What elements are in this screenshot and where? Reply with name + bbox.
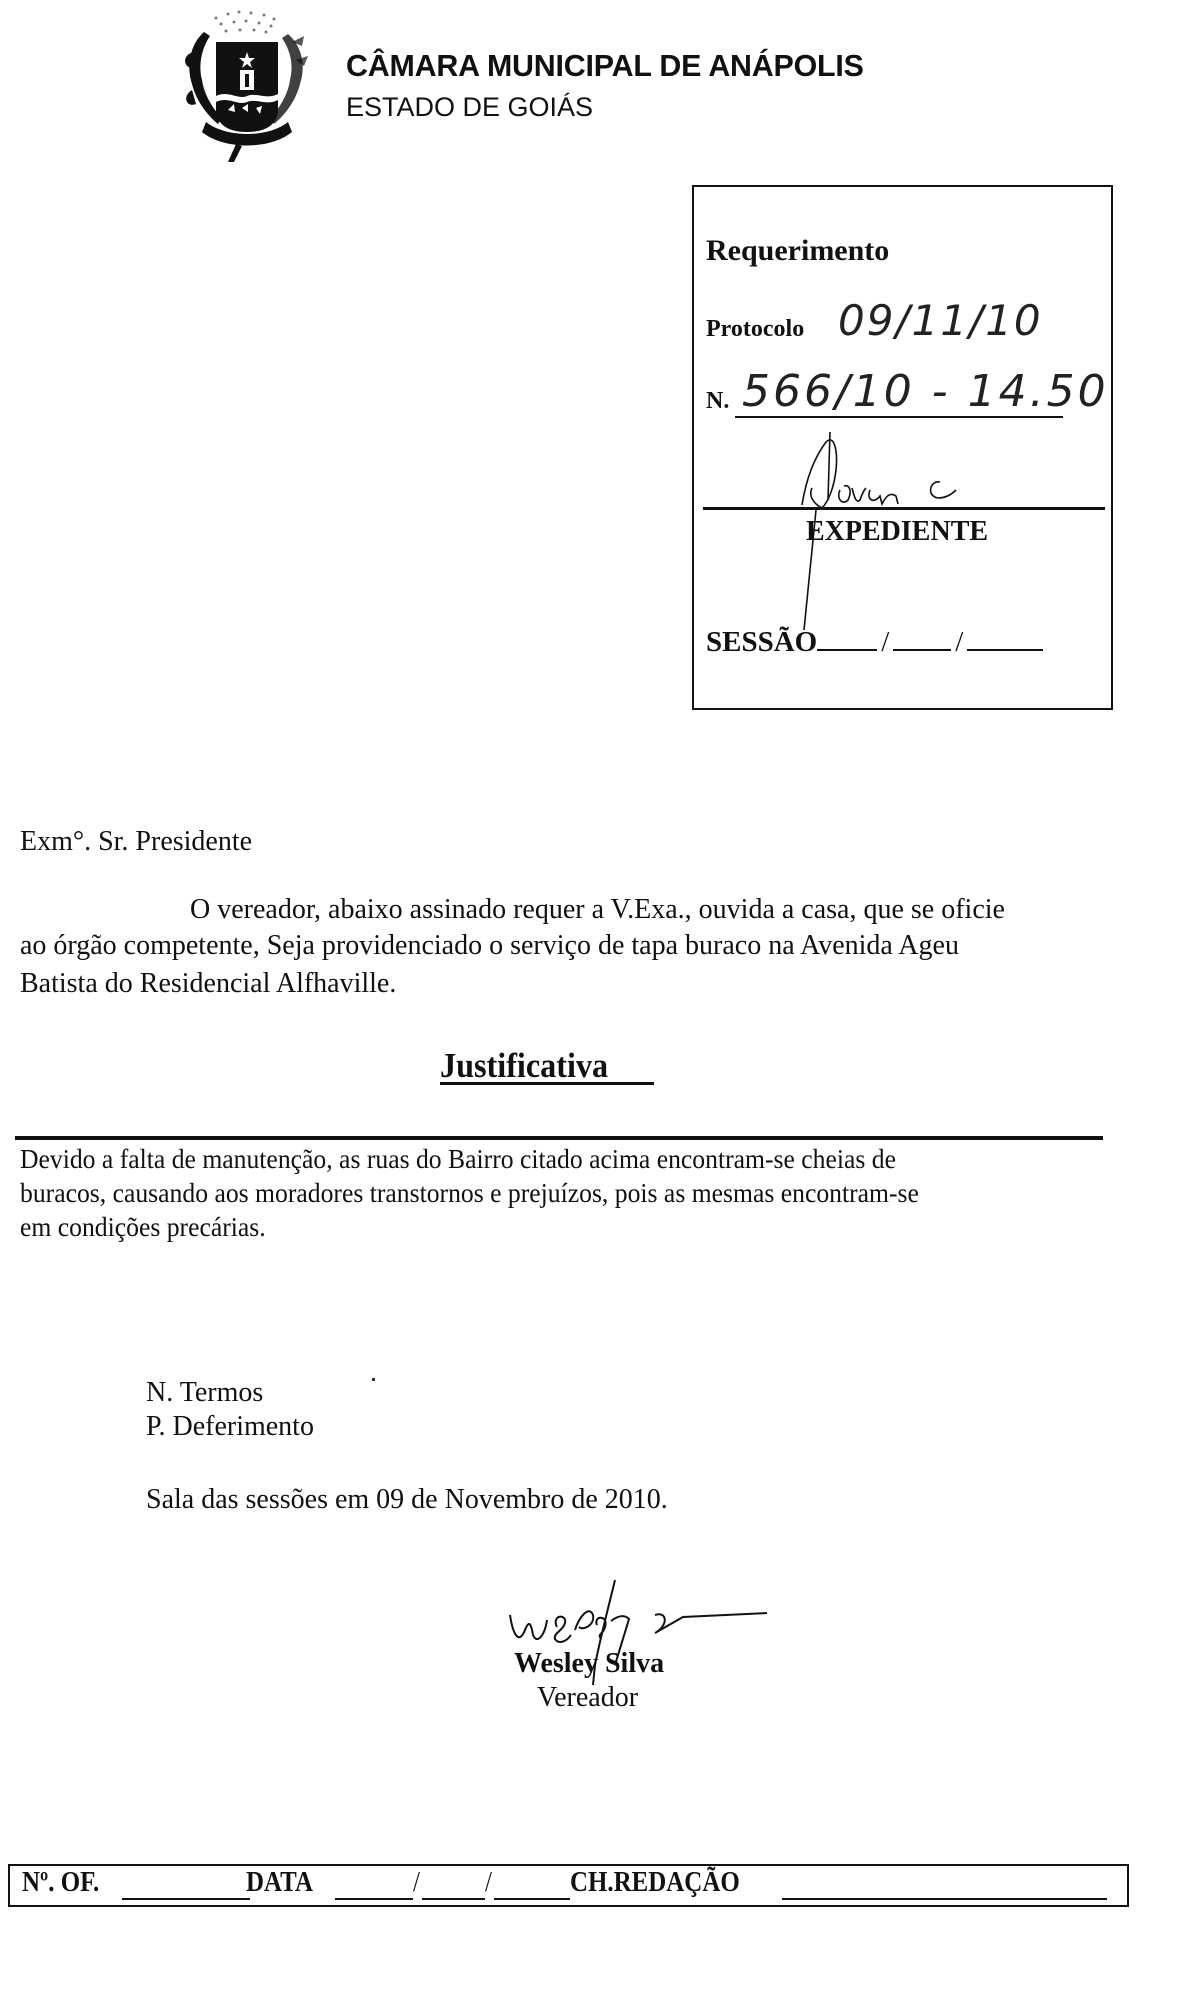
ch-redacao-label: CH.REDAÇÃO [570, 1866, 740, 1899]
protocolo-date-handwritten: 09/11/10 [838, 296, 1043, 345]
justification-heading: Justificativa [440, 1046, 608, 1086]
justification-line: Devido a falta de manutenção, as ruas do… [20, 1144, 896, 1175]
section-divider [15, 1136, 1103, 1140]
sessao-month-blank [893, 648, 951, 651]
request-paragraph-line: O vereador, abaixo assinado requer a V.E… [190, 894, 1005, 926]
sessao-label: SESSÃO [706, 626, 817, 658]
date-separator: / [951, 626, 967, 658]
date-separator: / [877, 626, 893, 658]
institution-subtitle: ESTADO DE GOIÁS [346, 92, 593, 123]
sessao-day-blank [817, 648, 877, 651]
numero-oficio-label: Nº. OF. [22, 1866, 99, 1899]
data-label: DATA [246, 1866, 313, 1899]
numero-label: N. [706, 388, 729, 415]
request-paragraph-line: Batista do Residencial Alfhaville. [20, 968, 396, 1000]
data-year-blank [494, 1898, 570, 1900]
data-month-blank [422, 1898, 485, 1900]
coat-of-arms-icon [176, 4, 318, 164]
date-separator: / [413, 1866, 420, 1899]
closing-line: N. Termos [146, 1377, 263, 1409]
expediente-label: EXPEDIENTE [806, 516, 988, 548]
request-paragraph-line: ao órgão competente, Seja providenciado … [20, 930, 959, 962]
sessao-field: SESSÃO// [706, 626, 1043, 659]
institution-title: CÂMARA MUNICIPAL DE ANÁPOLIS [346, 48, 864, 84]
signer-role: Vereador [537, 1682, 638, 1714]
data-day-blank [335, 1898, 413, 1900]
closing-line: P. Deferimento [146, 1411, 314, 1443]
requerimento-title: Requerimento [706, 234, 889, 268]
office-footer-box [8, 1864, 1129, 1907]
salutation: Exm°. Sr. Presidente [20, 826, 252, 858]
numero-oficio-blank [122, 1898, 250, 1900]
sessao-year-blank [967, 648, 1043, 651]
scan-speck [372, 1378, 375, 1381]
place-and-date: Sala das sessões em 09 de Novembro de 20… [146, 1484, 668, 1516]
justification-line: buracos, causando aos moradores transtor… [20, 1178, 919, 1209]
ch-redacao-blank [782, 1898, 1107, 1900]
justification-line: em condições precárias. [20, 1212, 266, 1243]
date-separator: / [485, 1866, 492, 1899]
numero-handwritten: 566/10 - 14.50 [742, 366, 1109, 417]
justification-heading-underline [440, 1082, 654, 1085]
protocolo-label: Protocolo [706, 316, 804, 343]
numero-underline [735, 416, 1063, 418]
signer-name: Wesley Silva [514, 1648, 664, 1680]
